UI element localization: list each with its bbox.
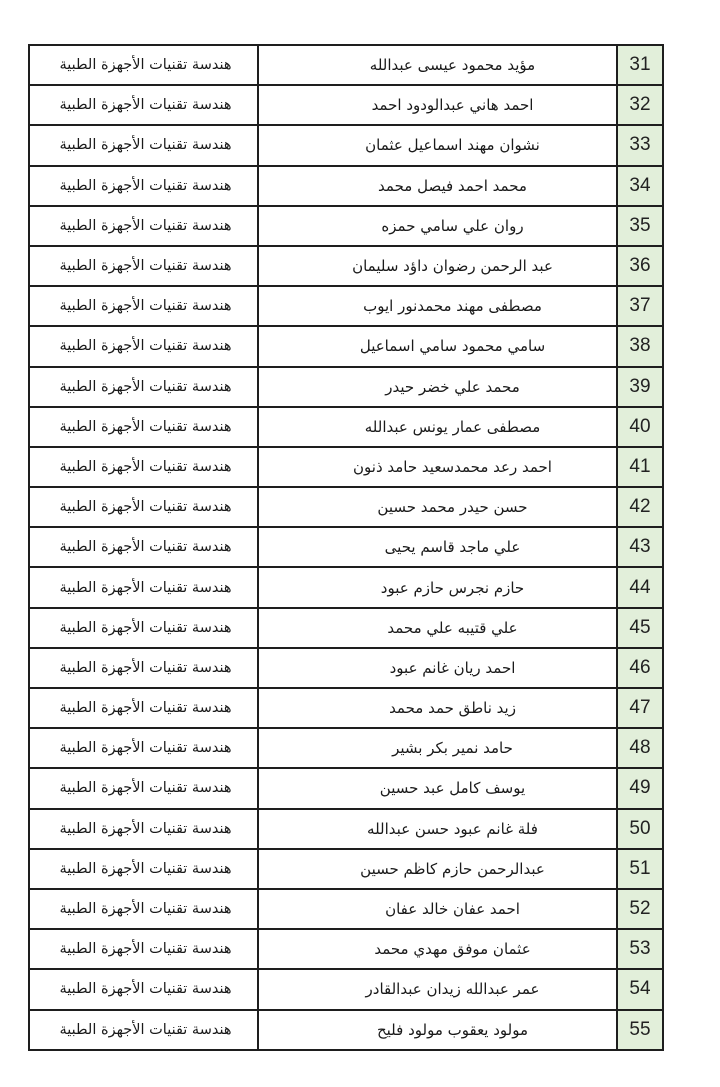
name-cell: روان علي سامي حمزه (258, 206, 617, 246)
department-cell: هندسة تقنيات الأجهزة الطبية (29, 286, 258, 326)
table-row: هندسة تقنيات الأجهزة الطبية مصطفى عمار ي… (29, 407, 663, 447)
name-cell: احمد عفان خالد عفان (258, 889, 617, 929)
department-text: هندسة تقنيات الأجهزة الطبية (56, 700, 232, 716)
row-number-cell: 34 (617, 166, 663, 206)
name-cell: يوسف كامل عبد حسين (258, 768, 617, 808)
table-row: هندسة تقنيات الأجهزة الطبية احمد ريان غا… (29, 648, 663, 688)
name-cell: سامي محمود سامي اسماعيل (258, 326, 617, 366)
department-cell: هندسة تقنيات الأجهزة الطبية (29, 567, 258, 607)
department-cell: هندسة تقنيات الأجهزة الطبية (29, 166, 258, 206)
department-text: هندسة تقنيات الأجهزة الطبية (56, 218, 232, 234)
row-number-cell: 51 (617, 849, 663, 889)
department-cell: هندسة تقنيات الأجهزة الطبية (29, 407, 258, 447)
name-cell: زيد ناطق حمد محمد (258, 688, 617, 728)
department-cell: هندسة تقنيات الأجهزة الطبية (29, 688, 258, 728)
table-row: هندسة تقنيات الأجهزة الطبية مصطفى مهند م… (29, 286, 663, 326)
department-cell: هندسة تقنيات الأجهزة الطبية (29, 487, 258, 527)
table-row: هندسة تقنيات الأجهزة الطبية احمد رعد محم… (29, 447, 663, 487)
roster-table: هندسة تقنيات الأجهزة الطبية مؤيد محمود ع… (28, 44, 664, 1051)
name-cell: عثمان موفق مهدي محمد (258, 929, 617, 969)
name-cell: مصطفى مهند محمدنور ايوب (258, 286, 617, 326)
department-cell: هندسة تقنيات الأجهزة الطبية (29, 809, 258, 849)
department-cell: هندسة تقنيات الأجهزة الطبية (29, 85, 258, 125)
row-number-cell: 46 (617, 648, 663, 688)
department-cell: هندسة تقنيات الأجهزة الطبية (29, 728, 258, 768)
student-name-text: مولود يعقوب مولود فليح (347, 1021, 528, 1039)
department-cell: هندسة تقنيات الأجهزة الطبية (29, 608, 258, 648)
name-cell: حسن حيدر محمد حسين (258, 487, 617, 527)
student-name-text: نشوان مهند اسماعيل عثمان (335, 136, 540, 154)
student-name-text: احمد رعد محمدسعيد حامد ذنون (323, 458, 552, 476)
student-name-text: فلة غانم عبود حسن عبدالله (337, 820, 538, 838)
name-cell: محمد احمد فيصل محمد (258, 166, 617, 206)
student-name-text: سامي محمود سامي اسماعيل (330, 337, 545, 355)
student-name-text: عبد الرحمن رضوان داؤد سليمان (322, 257, 553, 275)
table-row: هندسة تقنيات الأجهزة الطبية روان علي سام… (29, 206, 663, 246)
row-number-cell: 32 (617, 85, 663, 125)
department-text: هندسة تقنيات الأجهزة الطبية (56, 740, 232, 756)
department-cell: هندسة تقنيات الأجهزة الطبية (29, 1010, 258, 1050)
name-cell: علي ماجد قاسم يحيى (258, 527, 617, 567)
department-cell: هندسة تقنيات الأجهزة الطبية (29, 246, 258, 286)
department-cell: هندسة تقنيات الأجهزة الطبية (29, 889, 258, 929)
student-name-text: احمد هاني عبدالودود احمد (342, 96, 534, 114)
row-number-cell: 53 (617, 929, 663, 969)
table-row: هندسة تقنيات الأجهزة الطبية محمد احمد في… (29, 166, 663, 206)
row-number-cell: 31 (617, 45, 663, 85)
department-text: هندسة تقنيات الأجهزة الطبية (56, 780, 232, 796)
department-cell: هندسة تقنيات الأجهزة الطبية (29, 768, 258, 808)
table-row: هندسة تقنيات الأجهزة الطبية عثمان موفق م… (29, 929, 663, 969)
row-number-cell: 33 (617, 125, 663, 165)
department-text: هندسة تقنيات الأجهزة الطبية (56, 821, 232, 837)
department-cell: هندسة تقنيات الأجهزة الطبية (29, 326, 258, 366)
row-number-cell: 44 (617, 567, 663, 607)
student-name-text: مصطفى عمار يونس عبدالله (335, 418, 541, 436)
student-name-text: علي ماجد قاسم يحيى (355, 538, 521, 556)
name-cell: احمد رعد محمدسعيد حامد ذنون (258, 447, 617, 487)
student-name-text: محمد علي خضر حيدر (355, 378, 519, 396)
department-text: هندسة تقنيات الأجهزة الطبية (56, 419, 232, 435)
department-text: هندسة تقنيات الأجهزة الطبية (56, 459, 232, 475)
table-row: هندسة تقنيات الأجهزة الطبية عبدالرحمن حا… (29, 849, 663, 889)
department-text: هندسة تقنيات الأجهزة الطبية (56, 981, 232, 997)
table-row: هندسة تقنيات الأجهزة الطبية عبد الرحمن ر… (29, 246, 663, 286)
department-cell: هندسة تقنيات الأجهزة الطبية (29, 206, 258, 246)
row-number-cell: 47 (617, 688, 663, 728)
table-row: هندسة تقنيات الأجهزة الطبية حامد نمير بك… (29, 728, 663, 768)
department-text: هندسة تقنيات الأجهزة الطبية (56, 660, 232, 676)
department-text: هندسة تقنيات الأجهزة الطبية (56, 861, 232, 877)
table-row: هندسة تقنيات الأجهزة الطبية علي قتيبه عل… (29, 608, 663, 648)
department-text: هندسة تقنيات الأجهزة الطبية (56, 499, 232, 515)
name-cell: محمد علي خضر حيدر (258, 367, 617, 407)
table-row: هندسة تقنيات الأجهزة الطبية نشوان مهند ا… (29, 125, 663, 165)
row-number-cell: 35 (617, 206, 663, 246)
table-row: هندسة تقنيات الأجهزة الطبية يوسف كامل عب… (29, 768, 663, 808)
student-name-text: حامد نمير بكر بشير (362, 739, 513, 757)
table-row: هندسة تقنيات الأجهزة الطبية محمد علي خضر… (29, 367, 663, 407)
table-row: هندسة تقنيات الأجهزة الطبية علي ماجد قاس… (29, 527, 663, 567)
row-number-cell: 52 (617, 889, 663, 929)
department-cell: هندسة تقنيات الأجهزة الطبية (29, 367, 258, 407)
name-cell: احمد ريان غانم عبود (258, 648, 617, 688)
student-name-text: يوسف كامل عبد حسين (350, 779, 525, 797)
department-cell: هندسة تقنيات الأجهزة الطبية (29, 527, 258, 567)
name-cell: حامد نمير بكر بشير (258, 728, 617, 768)
row-number-cell: 54 (617, 969, 663, 1009)
student-name-text: عمر عبدالله زيدان عبدالقادر (336, 980, 540, 998)
department-cell: هندسة تقنيات الأجهزة الطبية (29, 45, 258, 85)
department-text: هندسة تقنيات الأجهزة الطبية (56, 539, 232, 555)
row-number-cell: 48 (617, 728, 663, 768)
table-row: هندسة تقنيات الأجهزة الطبية احمد هاني عب… (29, 85, 663, 125)
student-name-text: احمد عفان خالد عفان (355, 900, 520, 918)
department-cell: هندسة تقنيات الأجهزة الطبية (29, 969, 258, 1009)
row-number-cell: 43 (617, 527, 663, 567)
department-cell: هندسة تقنيات الأجهزة الطبية (29, 447, 258, 487)
name-cell: عبد الرحمن رضوان داؤد سليمان (258, 246, 617, 286)
table-row: هندسة تقنيات الأجهزة الطبية مولود يعقوب … (29, 1010, 663, 1050)
student-name-text: مؤيد محمود عيسى عبدالله (340, 56, 535, 74)
name-cell: فلة غانم عبود حسن عبدالله (258, 809, 617, 849)
name-cell: مؤيد محمود عيسى عبدالله (258, 45, 617, 85)
department-cell: هندسة تقنيات الأجهزة الطبية (29, 849, 258, 889)
department-text: هندسة تقنيات الأجهزة الطبية (56, 941, 232, 957)
row-number-cell: 38 (617, 326, 663, 366)
department-text: هندسة تقنيات الأجهزة الطبية (56, 97, 232, 113)
table-row: هندسة تقنيات الأجهزة الطبية حازم نجرس حا… (29, 567, 663, 607)
row-number-cell: 40 (617, 407, 663, 447)
department-text: هندسة تقنيات الأجهزة الطبية (56, 57, 232, 73)
student-name-text: علي قتيبه علي محمد (357, 619, 517, 637)
roster-sheet: هندسة تقنيات الأجهزة الطبية مؤيد محمود ع… (28, 44, 656, 1051)
name-cell: حازم نجرس حازم عبود (258, 567, 617, 607)
name-cell: عمر عبدالله زيدان عبدالقادر (258, 969, 617, 1009)
department-text: هندسة تقنيات الأجهزة الطبية (56, 901, 232, 917)
row-number-cell: 42 (617, 487, 663, 527)
department-text: هندسة تقنيات الأجهزة الطبية (56, 258, 232, 274)
name-cell: علي قتيبه علي محمد (258, 608, 617, 648)
table-row: هندسة تقنيات الأجهزة الطبية زيد ناطق حمد… (29, 688, 663, 728)
table-row: هندسة تقنيات الأجهزة الطبية مؤيد محمود ع… (29, 45, 663, 85)
department-text: هندسة تقنيات الأجهزة الطبية (56, 379, 232, 395)
name-cell: مصطفى عمار يونس عبدالله (258, 407, 617, 447)
department-text: هندسة تقنيات الأجهزة الطبية (56, 298, 232, 314)
department-text: هندسة تقنيات الأجهزة الطبية (56, 1022, 232, 1038)
department-cell: هندسة تقنيات الأجهزة الطبية (29, 125, 258, 165)
row-number-cell: 37 (617, 286, 663, 326)
row-number-cell: 50 (617, 809, 663, 849)
student-name-text: محمد احمد فيصل محمد (348, 177, 527, 195)
row-number-cell: 45 (617, 608, 663, 648)
table-row: هندسة تقنيات الأجهزة الطبية عمر عبدالله … (29, 969, 663, 1009)
student-name-text: حازم نجرس حازم عبود (351, 579, 524, 597)
row-number-cell: 36 (617, 246, 663, 286)
row-number-cell: 49 (617, 768, 663, 808)
student-name-text: حسن حيدر محمد حسين (347, 498, 527, 516)
department-cell: هندسة تقنيات الأجهزة الطبية (29, 929, 258, 969)
department-text: هندسة تقنيات الأجهزة الطبية (56, 137, 232, 153)
student-name-text: روان علي سامي حمزه (351, 217, 523, 235)
name-cell: عبدالرحمن حازم كاظم حسين (258, 849, 617, 889)
student-name-text: عثمان موفق مهدي محمد (344, 940, 530, 958)
department-text: هندسة تقنيات الأجهزة الطبية (56, 620, 232, 636)
department-text: هندسة تقنيات الأجهزة الطبية (56, 178, 232, 194)
department-cell: هندسة تقنيات الأجهزة الطبية (29, 648, 258, 688)
table-row: هندسة تقنيات الأجهزة الطبية احمد عفان خا… (29, 889, 663, 929)
name-cell: مولود يعقوب مولود فليح (258, 1010, 617, 1050)
row-number-cell: 39 (617, 367, 663, 407)
table-row: هندسة تقنيات الأجهزة الطبية فلة غانم عبو… (29, 809, 663, 849)
student-name-text: مصطفى مهند محمدنور ايوب (333, 297, 542, 315)
name-cell: احمد هاني عبدالودود احمد (258, 85, 617, 125)
student-name-text: احمد ريان غانم عبود (360, 659, 516, 677)
department-text: هندسة تقنيات الأجهزة الطبية (56, 338, 232, 354)
roster-table-body: هندسة تقنيات الأجهزة الطبية مؤيد محمود ع… (29, 45, 663, 1050)
row-number-cell: 55 (617, 1010, 663, 1050)
name-cell: نشوان مهند اسماعيل عثمان (258, 125, 617, 165)
department-text: هندسة تقنيات الأجهزة الطبية (56, 580, 232, 596)
row-number-cell: 41 (617, 447, 663, 487)
student-name-text: عبدالرحمن حازم كاظم حسين (330, 860, 545, 878)
student-name-text: زيد ناطق حمد محمد (359, 699, 516, 717)
table-row: هندسة تقنيات الأجهزة الطبية سامي محمود س… (29, 326, 663, 366)
table-row: هندسة تقنيات الأجهزة الطبية حسن حيدر محم… (29, 487, 663, 527)
